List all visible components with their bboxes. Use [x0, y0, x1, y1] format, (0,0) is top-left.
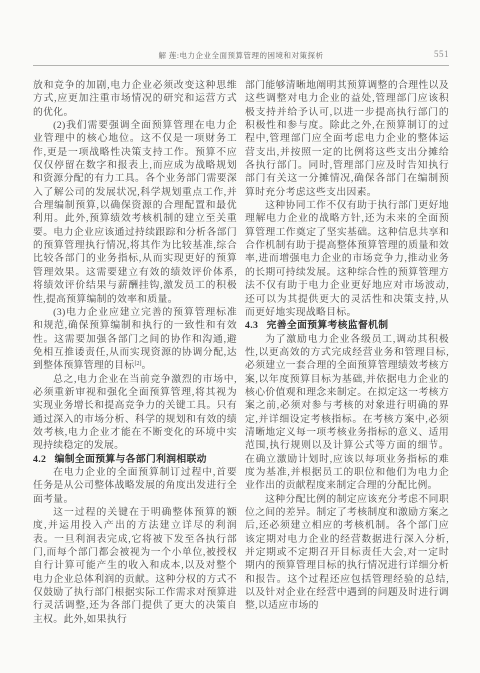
document-page: 解 莲:电力企业全面预算管理的困境和对策探析 551 放和竞争的加剧,电力企业必…: [0, 0, 480, 673]
paragraph: 在电力企业的全面预算制订过程中,首要任务是从公司整体战略发展的角度出发进行全面考…: [33, 466, 237, 506]
running-header: 解 莲:电力企业全面预算管理的困境和对策探析 551: [33, 50, 449, 61]
text-columns: 放和竞争的加剧,电力企业必须改变这种思维方式,应更加注重市场情况的研究和运营方式…: [33, 79, 449, 626]
paragraph: 为了激励电力企业各级员工,调动其积极性,以更高效的方式完成经营业务和管理目标,必…: [245, 333, 449, 493]
paragraph: 总之,电力企业在当前竞争激烈的市场中,必须重新审视和强化全面预算管理,将其视为实…: [33, 373, 237, 453]
section-number: 4.3: [245, 320, 258, 331]
paragraph: 这种协同工作不仅有助于执行部门更好地理解电力企业的战略方针,还为未来的全面预算管…: [245, 199, 449, 319]
section-heading-4-2: 4.2编制全面预算与各部门利润相联动: [33, 453, 237, 466]
page-number: 551: [434, 49, 449, 60]
right-column: 部门能够清晰地阐明其预算调整的合理性以及这些调整对电力企业的益处,管理部门应该积…: [245, 79, 449, 626]
paragraph: 这一过程的关键在于明确整体预算的额度,并运用投入产出的方法建立详尽的利润表。一旦…: [33, 506, 237, 626]
header-rule: [33, 65, 449, 66]
left-column: 放和竞争的加剧,电力企业必须改变这种思维方式,应更加注重市场情况的研究和运营方式…: [33, 79, 237, 626]
section-title: 编制全面预算与各部门利润相联动: [55, 454, 207, 465]
section-title: 完善全面预算考核监督机制: [267, 320, 389, 331]
section-heading-4-3: 4.3完善全面预算考核监督机制: [245, 319, 449, 332]
paragraph-continuation: 部门能够清晰地阐明其预算调整的合理性以及这些调整对电力企业的益处,管理部门应该积…: [245, 79, 449, 199]
running-title: 解 莲:电力企业全面预算管理的困境和对策探析: [159, 51, 324, 60]
section-number: 4.2: [33, 454, 46, 465]
paragraph-text-after-ref: 。: [141, 360, 151, 371]
paragraph: 这种分配比例的制定应该充分考虑不同职位之间的差异。制定了考核制度和激励方案之后,…: [245, 493, 449, 613]
paragraph: (2)我们需要强调全面预算管理在电力企业管理中的核心地位。这不仅是一项财务工作,…: [33, 119, 237, 306]
paragraph-with-reference: (3)电力企业应建立完善的预算管理标准和规范,确保预算编制和执行的一致性和有效性…: [33, 306, 237, 373]
paragraph-continuation: 放和竞争的加剧,电力企业必须改变这种思维方式,应更加注重市场情况的研究和运营方式…: [33, 79, 237, 119]
